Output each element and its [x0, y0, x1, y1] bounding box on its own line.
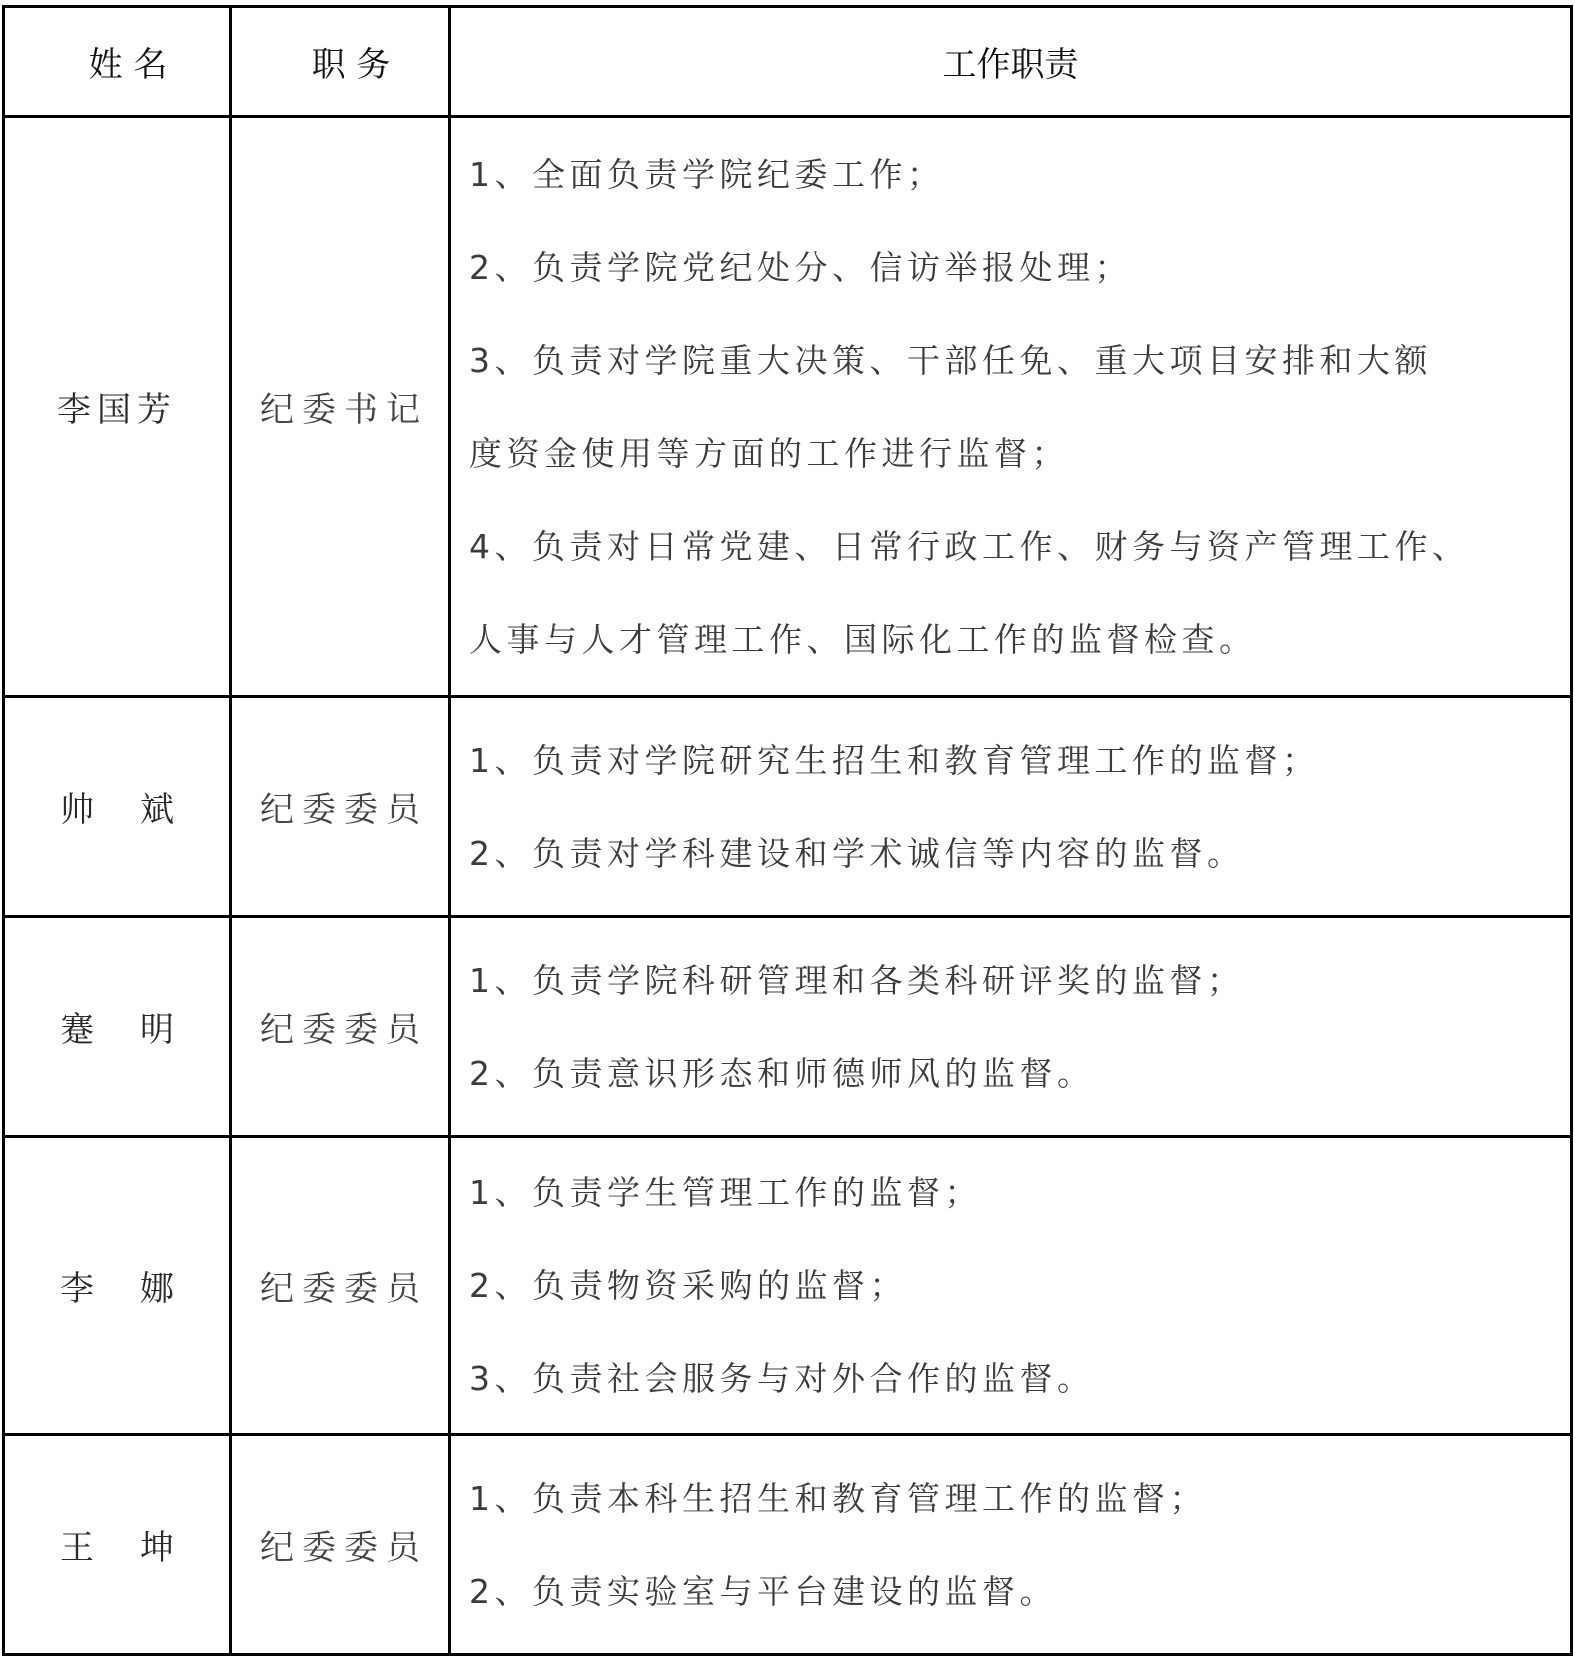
duty-line: 1、负责本科生招生和教育管理工作的监督； — [469, 1452, 1570, 1545]
member-title: 纪委书记 — [231, 117, 450, 697]
member-title: 纪委委员 — [231, 697, 450, 917]
member-duties: 1、负责学院科研管理和各类科研评奖的监督； 2、负责意识形态和师德师风的监督。 — [450, 917, 1572, 1137]
header-name: 姓 名 — [4, 7, 231, 117]
member-title: 纪委委员 — [231, 1137, 450, 1435]
table-row: 王坤 纪委委员 1、负责本科生招生和教育管理工作的监督； 2、负责实验室与平台建… — [4, 1435, 1572, 1655]
member-duties: 1、全面负责学院纪委工作； 2、负责学院党纪处分、信访举报处理； 3、负责对学院… — [450, 117, 1572, 697]
table-row: 李娜 纪委委员 1、负责学生管理工作的监督； 2、负责物资采购的监督； 3、负责… — [4, 1137, 1572, 1435]
duty-line: 1、负责学生管理工作的监督； — [469, 1146, 1570, 1239]
duty-line: 1、负责学院科研管理和各类科研评奖的监督； — [469, 934, 1570, 1027]
duty-line: 2、负责意识形态和师德师风的监督。 — [469, 1027, 1570, 1120]
duty-line: 2、负责物资采购的监督； — [469, 1239, 1570, 1332]
duty-line: 3、负责对学院重大决策、干部任免、重大项目安排和大额 — [469, 314, 1570, 407]
member-duties: 1、负责对学院研究生招生和教育管理工作的监督； 2、负责对学科建设和学术诚信等内… — [450, 697, 1572, 917]
duty-line: 人事与人才管理工作、国际化工作的监督检查。 — [469, 593, 1570, 686]
duty-line: 4、负责对日常党建、日常行政工作、财务与资产管理工作、 — [469, 500, 1570, 593]
table-row: 李国芳 纪委书记 1、全面负责学院纪委工作； 2、负责学院党纪处分、信访举报处理… — [4, 117, 1572, 697]
member-name: 蹇明 — [4, 917, 231, 1137]
table-header-row: 姓 名 职 务 工作职责 — [4, 7, 1572, 117]
duty-line: 度资金使用等方面的工作进行监督； — [469, 407, 1570, 500]
member-duties: 1、负责本科生招生和教育管理工作的监督； 2、负责实验室与平台建设的监督。 — [450, 1435, 1572, 1655]
member-title: 纪委委员 — [231, 917, 450, 1137]
duty-line: 2、负责实验室与平台建设的监督。 — [469, 1545, 1570, 1638]
duty-line: 1、全面负责学院纪委工作； — [469, 128, 1570, 221]
member-duties: 1、负责学生管理工作的监督； 2、负责物资采购的监督； 3、负责社会服务与对外合… — [450, 1137, 1572, 1435]
committee-duties-table: 姓 名 职 务 工作职责 李国芳 纪委书记 1、全面负责学院纪委工作； 2、负责… — [2, 5, 1573, 1656]
duty-line: 3、负责社会服务与对外合作的监督。 — [469, 1332, 1570, 1425]
duty-line: 2、负责对学科建设和学术诚信等内容的监督。 — [469, 807, 1570, 900]
header-duties: 工作职责 — [450, 7, 1572, 117]
member-name: 李娜 — [4, 1137, 231, 1435]
header-title: 职 务 — [231, 7, 450, 117]
member-name: 帅斌 — [4, 697, 231, 917]
duty-line: 2、负责学院党纪处分、信访举报处理； — [469, 221, 1570, 314]
member-title: 纪委委员 — [231, 1435, 450, 1655]
table-row: 蹇明 纪委委员 1、负责学院科研管理和各类科研评奖的监督； 2、负责意识形态和师… — [4, 917, 1572, 1137]
table-row: 帅斌 纪委委员 1、负责对学院研究生招生和教育管理工作的监督； 2、负责对学科建… — [4, 697, 1572, 917]
duty-line: 1、负责对学院研究生招生和教育管理工作的监督； — [469, 714, 1570, 807]
member-name: 王坤 — [4, 1435, 231, 1655]
member-name: 李国芳 — [4, 117, 231, 697]
